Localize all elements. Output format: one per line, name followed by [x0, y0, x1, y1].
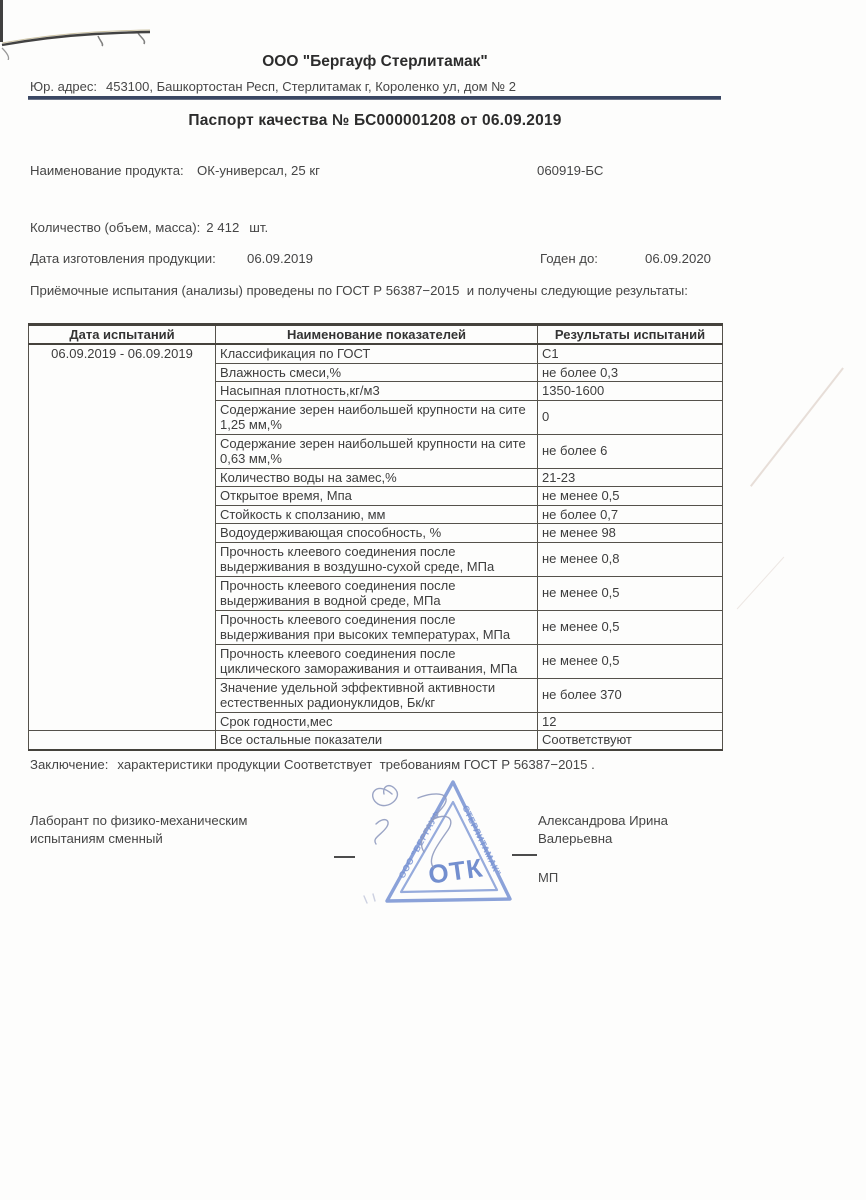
row-result-cell: не более 0,3 — [538, 363, 723, 382]
scan-corner-artifact-icon — [0, 0, 170, 60]
stamp-center-text: ОТК — [426, 852, 485, 889]
table-row: Все остальные показателиСоответствуют — [29, 731, 723, 750]
quantity-line: Количество (объем, масса):2 412шт. — [30, 220, 268, 235]
company-name: ООО "Бергауф Стерлитамак" — [28, 53, 722, 71]
date-range-cell: 06.09.2019 - 06.09.2019 — [29, 344, 216, 731]
row-result-cell: 0 — [538, 400, 723, 434]
table-header-date: Дата испытаний — [29, 325, 216, 345]
date-range-empty-cell — [29, 731, 216, 750]
document-title: Паспорт качества № БС000001208 от 06.09.… — [28, 112, 722, 130]
row-result-cell: Соответствуют — [538, 731, 723, 750]
row-indicator-cell: Прочность клеевого соединения после выде… — [216, 610, 538, 644]
row-result-cell: 12 — [538, 712, 723, 731]
signatory-role-line1: Лаборант по физико-механическим — [30, 813, 247, 828]
quantity-unit: шт. — [249, 220, 268, 235]
product-name-label: Наименование продукта: — [30, 163, 184, 178]
legal-address: Юр. адрес:453100, Башкортостан Респ, Сте… — [30, 79, 516, 94]
table-header-result: Результаты испытаний — [538, 325, 723, 345]
row-result-cell: не менее 98 — [538, 524, 723, 543]
row-indicator-cell: Все остальные показатели — [216, 731, 538, 750]
row-indicator-cell: Открытое время, Мпа — [216, 487, 538, 506]
results-tbody: 06.09.2019 - 06.09.2019Классификация по … — [29, 344, 723, 750]
row-result-cell: не более 0,7 — [538, 505, 723, 524]
row-indicator-cell: Классификация по ГОСТ — [216, 344, 538, 363]
row-result-cell: не более 370 — [538, 678, 723, 712]
results-table: Дата испытаний Наименование показателей … — [28, 323, 723, 751]
qc-stamp: ОТК ООО "БЕРГАУФ СТЕРЛИТАМАК" — [358, 768, 558, 920]
row-indicator-cell: Влажность смеси,% — [216, 363, 538, 382]
row-result-cell: не менее 0,5 — [538, 487, 723, 506]
row-indicator-cell: Содержание зерен наибольшей крупности на… — [216, 400, 538, 434]
mfg-date-label: Дата изготовления продукции: — [30, 251, 216, 266]
row-indicator-cell: Содержание зерен наибольшей крупности на… — [216, 434, 538, 468]
quantity-label: Количество (объем, масса): — [30, 220, 200, 235]
row-indicator-cell: Водоудерживающая способность, % — [216, 524, 538, 543]
batch-code: 060919-БС — [537, 163, 603, 178]
product-name-value: ОК-универсал, 25 кг — [197, 163, 320, 178]
signatory-role-line2: испытаниям сменный — [30, 831, 163, 846]
header-divider — [28, 96, 721, 100]
row-indicator-cell: Прочность клеевого соединения после выде… — [216, 576, 538, 610]
row-indicator-cell: Количество воды на замес,% — [216, 468, 538, 487]
row-indicator-cell: Срок годности,мес — [216, 712, 538, 731]
row-result-cell: не менее 0,5 — [538, 576, 723, 610]
row-result-cell: не более 6 — [538, 434, 723, 468]
row-indicator-cell: Прочность клеевого соединения после выде… — [216, 542, 538, 576]
expiry-label: Годен до: — [540, 251, 598, 266]
tests-note: Приёмочные испытания (анализы) проведены… — [30, 283, 688, 298]
row-indicator-cell: Насыпная плотность,кг/м3 — [216, 382, 538, 401]
row-indicator-cell: Прочность клеевого соединения после цикл… — [216, 644, 538, 678]
row-result-cell: 1350-1600 — [538, 382, 723, 401]
expiry-value: 06.09.2020 — [645, 251, 711, 266]
conclusion-label: Заключение: — [30, 757, 108, 772]
mfg-date-value: 06.09.2019 — [247, 251, 313, 266]
row-result-cell: не менее 0,5 — [538, 644, 723, 678]
table-row: 06.09.2019 - 06.09.2019Классификация по … — [29, 344, 723, 363]
row-result-cell: С1 — [538, 344, 723, 363]
row-result-cell: не менее 0,5 — [538, 610, 723, 644]
quantity-value: 2 412 — [206, 220, 239, 235]
row-indicator-cell: Стойкость к сползанию, мм — [216, 505, 538, 524]
quality-certificate-page: ООО "Бергауф Стерлитамак" Юр. адрес:4531… — [0, 0, 866, 1200]
row-indicator-cell: Значение удельной эффективной активности… — [216, 678, 538, 712]
row-result-cell: не менее 0,8 — [538, 542, 723, 576]
scan-scratch-artifact — [737, 557, 785, 610]
table-header-row: Дата испытаний Наименование показателей … — [29, 325, 723, 345]
signatory-role: Лаборант по физико-механическимиспытания… — [30, 812, 247, 848]
legal-address-value: 453100, Башкортостан Респ, Стерлитамак г… — [106, 79, 516, 94]
table-header-indicator: Наименование показателей — [216, 325, 538, 345]
row-result-cell: 21-23 — [538, 468, 723, 487]
scan-scratch-artifact — [750, 367, 844, 486]
signature-line-left — [334, 855, 355, 858]
legal-address-label: Юр. адрес: — [30, 79, 97, 94]
